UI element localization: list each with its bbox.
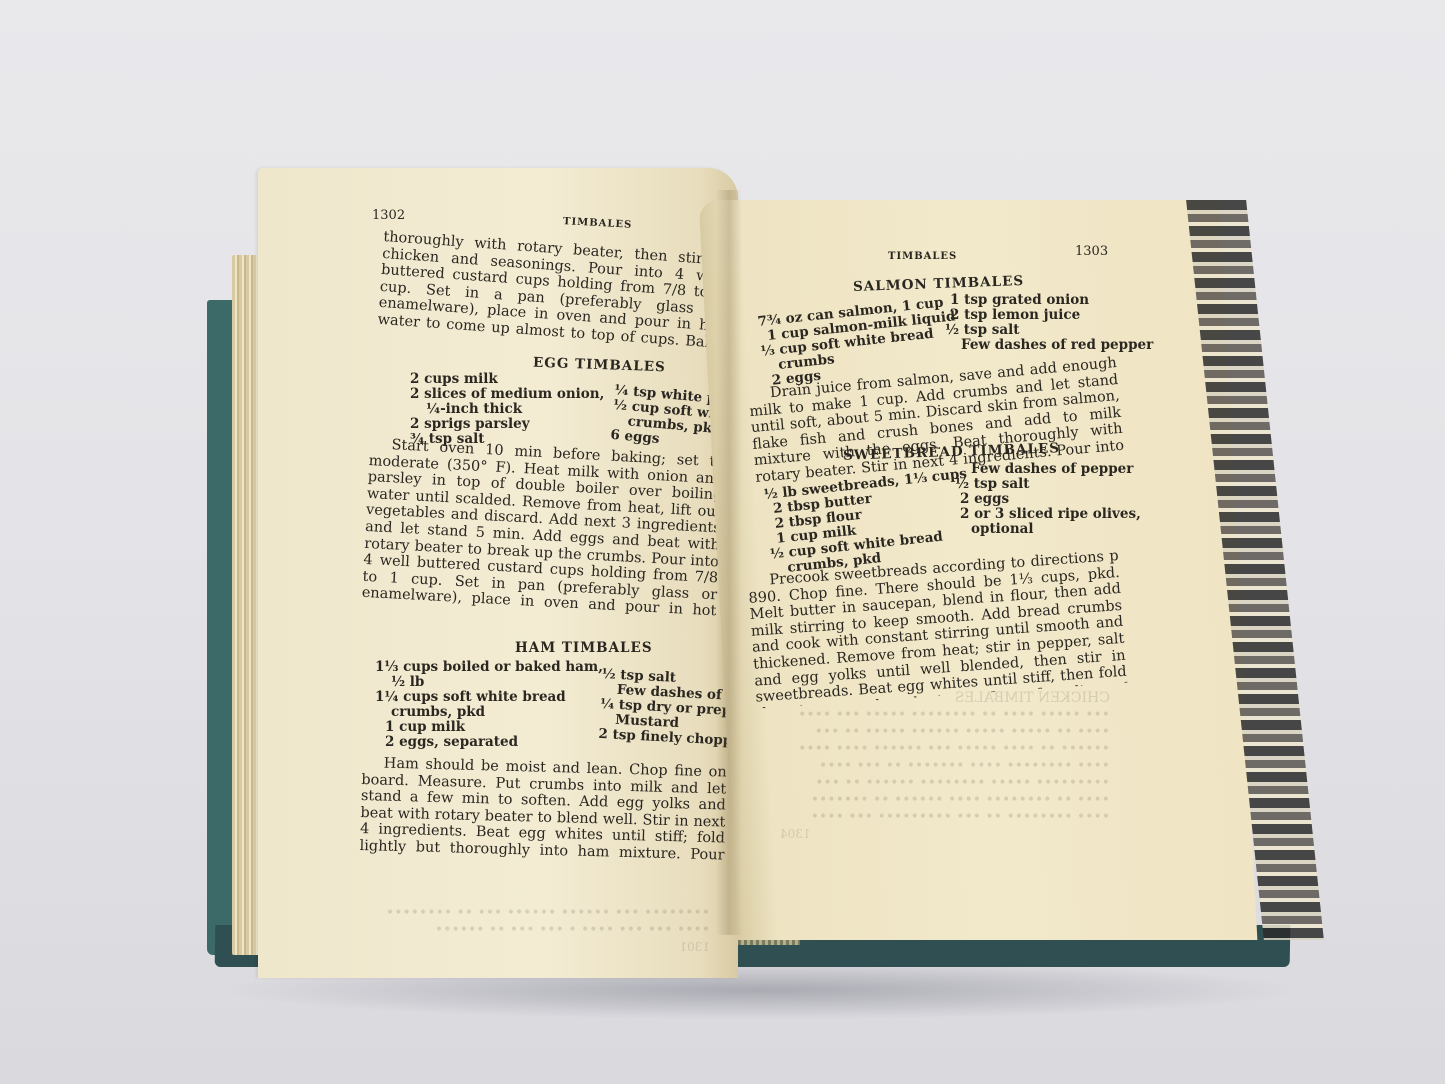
ham-timbales-ingredients-left: 1⅓ cups boiled or baked ham, ½ lb 1¼ cup…: [375, 660, 603, 750]
ham-timbales-directions: Ham should be moist and lean. Chop fine …: [359, 755, 726, 865]
sweetbread-timbales-ingredients-right: Few dashes of pepper ½ tsp salt 2 eggs 2…: [955, 462, 1141, 537]
bleed-through-left: •••••••• ••• •••••• •••••• ••• •• ••••••…: [380, 905, 710, 956]
right-page-number: 1303: [1075, 244, 1108, 259]
egg-timbales-ingredients-left: 2 cups milk 2 slices of medium onion, ¼-…: [410, 372, 604, 447]
bleed-through-right: CHICKEN TIMBALES ••• ••••• •••• •• •••••…: [780, 690, 1110, 843]
salmon-timbales-ingredients-right: 1 tsp grated onion 2 tsp lemon juice ½ t…: [945, 293, 1153, 353]
book-gutter: [716, 190, 742, 935]
left-page-number: 1302: [372, 208, 405, 223]
egg-timbales-directions: Start oven 10 min before baking; set to …: [361, 436, 724, 620]
ham-timbales-title: HAM TIMBALES: [515, 640, 653, 656]
right-running-head: TIMBALES: [888, 251, 957, 262]
sweetbread-timbales-directions: Precook sweetbreads according to directi…: [747, 548, 1128, 709]
